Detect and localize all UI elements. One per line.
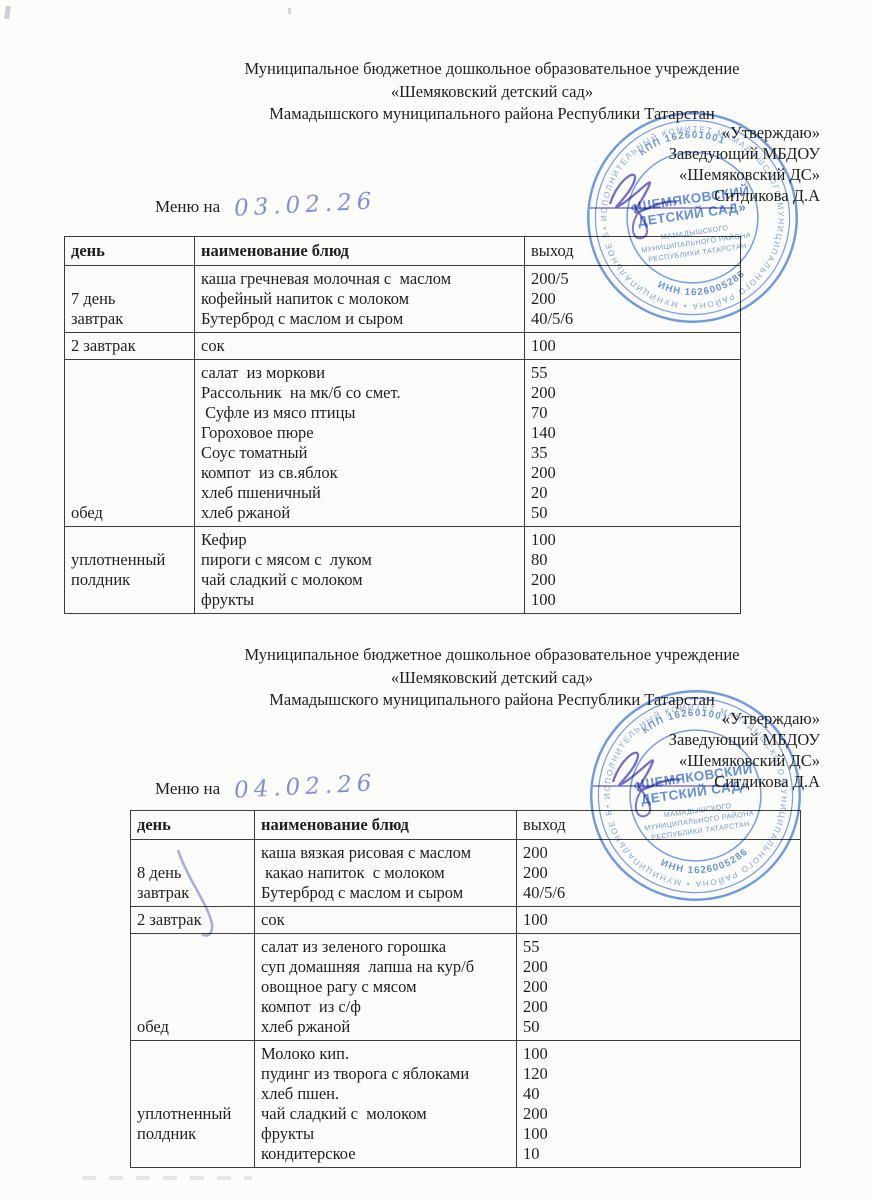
day-cell: 2 завтрак: [65, 333, 195, 360]
menu-date-handwritten: 03.02.26: [234, 188, 378, 221]
dishes-cell: сок: [195, 333, 525, 360]
dishes-cell: салат из моркови Рассольник на мк/б со с…: [195, 360, 525, 527]
day-cell: обед: [131, 934, 255, 1041]
dishes-cell: каша гречневая молочная с маслом кофейны…: [195, 266, 525, 333]
menu-label: Меню на: [155, 197, 220, 216]
table-row-snack: уплотненный полдник Молоко кип. пудинг и…: [131, 1041, 801, 1168]
table-row-lunch: обед салат из моркови Рассольник на мк/б…: [65, 360, 741, 527]
output-cell: 100 80 200 100: [525, 527, 741, 614]
org-line-1: Муниципальное бюджетное дошкольное образ…: [112, 58, 872, 81]
day-cell: уплотненный полдник: [131, 1041, 255, 1168]
table-row-lunch: обед салат из зеленого горошка суп домаш…: [131, 934, 801, 1041]
dishes-cell: каша вязкая рисовая с маслом какао напит…: [255, 840, 517, 907]
org-line-1: Муниципальное бюджетное дошкольное образ…: [112, 644, 872, 667]
signature-scribble: [610, 175, 676, 213]
table-row-snack: уплотненный полдник Кефир пироги с мясом…: [65, 527, 741, 614]
dishes-cell: сок: [255, 907, 517, 934]
menu-date-handwritten: 04.02.26: [234, 770, 378, 803]
signature-ink: [585, 738, 760, 823]
col-header-dishes: наименование блюд: [255, 811, 517, 840]
dishes-cell: салат из зеленого горошка суп домашняя л…: [255, 934, 517, 1041]
day-cell: обед: [65, 360, 195, 527]
output-cell: 100 120 40 200 100 10: [517, 1041, 801, 1168]
day-cell: 7 день завтрак: [65, 266, 195, 333]
pen-stroke: [160, 846, 230, 946]
scan-artifact: [4, 6, 11, 20]
menu-date-line: Меню на04.02.26: [155, 774, 377, 800]
menu-label: Меню на: [155, 779, 220, 798]
dishes-cell: Кефир пироги с мясом с луком чай сладкий…: [195, 527, 525, 614]
menu-date-line: Меню на03.02.26: [155, 192, 377, 218]
scan-artifact: [288, 8, 291, 14]
scanned-menu-document: { "stamp": { "ring_outer": "• ИСПОЛНИТЕЛ…: [0, 0, 872, 1200]
output-cell: 55 200 200 200 50: [517, 934, 801, 1041]
signature-scribble: [613, 753, 679, 791]
dishes-cell: Молоко кип. пудинг из творога с яблоками…: [255, 1041, 517, 1168]
col-header-day: день: [65, 237, 195, 266]
day-cell: уплотненный полдник: [65, 527, 195, 614]
col-header-dishes: наименование блюд: [195, 237, 525, 266]
signature-ink: [582, 160, 757, 245]
col-header-day: день: [131, 811, 255, 840]
output-cell: 55 200 70 140 35 200 20 50: [525, 360, 741, 527]
